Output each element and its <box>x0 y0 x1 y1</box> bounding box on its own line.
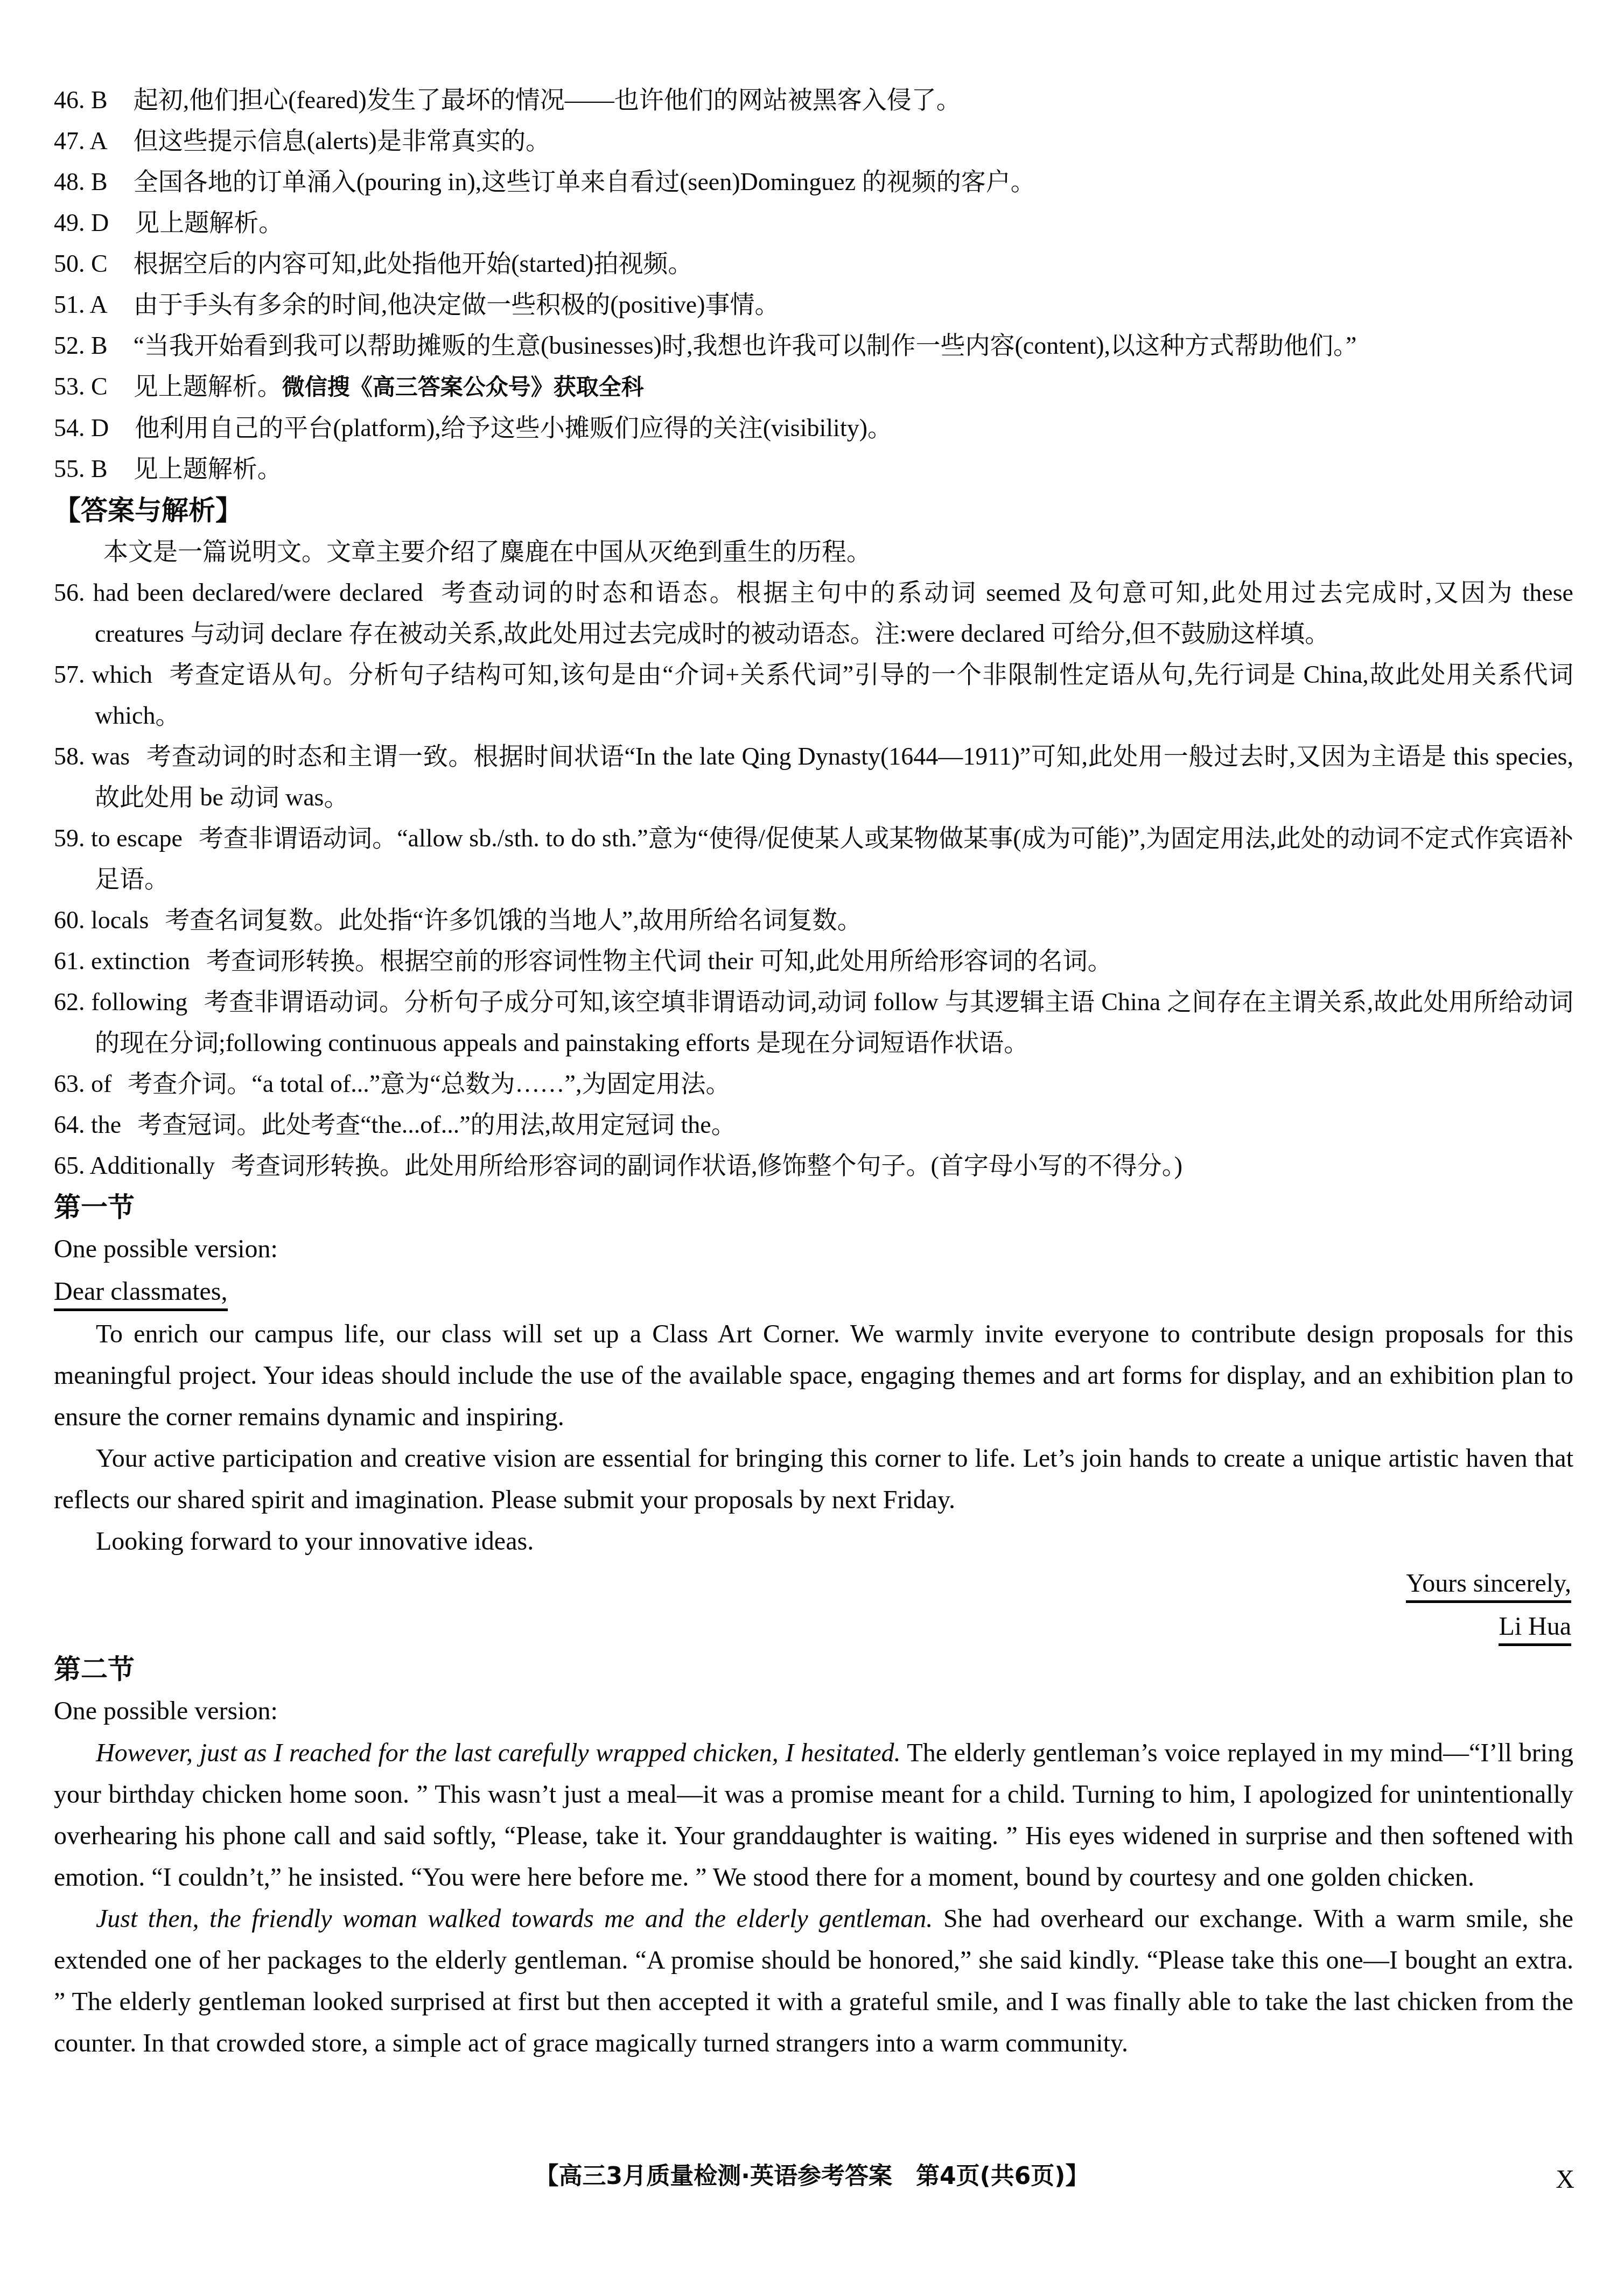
answer-item-53: 53. C见上题解析。微信搜《高三答案公众号》获取全科 <box>54 366 1573 408</box>
answer-item-58: 58. was考查动词的时态和主谓一致。根据时间状语“In the late Q… <box>54 736 1573 818</box>
signature-underlined-text: Li Hua <box>1499 1612 1571 1646</box>
story-paragraph-2: Just then, the friendly woman walked tow… <box>54 1898 1573 2064</box>
answer-item-54: 54. D他利用自己的平台(platform),给予这些小摊贩们应得的关注(vi… <box>54 408 1573 449</box>
letter-paragraph-2: Your active participation and creative v… <box>54 1438 1573 1521</box>
answer-number: 54. D <box>54 414 109 442</box>
answer-lead: 60. locals <box>54 906 149 934</box>
answer-number: 51. A <box>54 291 108 318</box>
answer-item-50: 50. C根据空后的内容可知,此处指他开始(started)拍视频。 <box>54 243 1573 284</box>
answer-text: 见上题解析。 <box>134 455 282 482</box>
salutation-underlined-text: Dear classmates, <box>54 1277 228 1311</box>
closing-underlined-text: Yours sincerely, <box>1406 1569 1571 1603</box>
analysis-section-heading: 【答案与解析】 <box>54 489 1573 531</box>
answer-item-48: 48. B全国各地的订单涌入(pouring in),这些订单来自看过(seen… <box>54 162 1573 202</box>
answer-lead: 56. had been declared/were declared <box>54 579 423 606</box>
answer-text: 见上题解析。 <box>135 209 283 236</box>
story-paragraph-1-opening: However, just as I reached for the last … <box>96 1739 900 1767</box>
answer-lead: 62. following <box>54 988 187 1016</box>
answer-item-52: 52. B“当我开始看到我可以帮助摊贩的生意(businesses)时,我想也许… <box>54 325 1573 366</box>
answer-number: 50. C <box>54 250 108 277</box>
answer-number: 53. C <box>54 373 108 400</box>
letter-paragraph-1: To enrich our campus life, our class wil… <box>54 1313 1573 1438</box>
answer-lead: 64. the <box>54 1111 121 1138</box>
answer-explanation: 考查介词。“a total of...”意为“总数为……”,为固定用法。 <box>128 1070 730 1097</box>
answer-explanation: 考查冠词。此处考查“the...of...”的用法,故用定冠词 the。 <box>137 1111 736 1138</box>
passage-intro: 本文是一篇说明文。文章主要介绍了麋鹿在中国从灭绝到重生的历程。 <box>54 531 1573 572</box>
answer-lead: 59. to escape <box>54 824 183 852</box>
answer-item-59: 59. to escape考查非谓语动词。“allow sb./sth. to … <box>54 818 1573 900</box>
answer-text: 起初,他们担心(feared)发生了最坏的情况——也许他们的网站被黑客入侵了。 <box>134 86 961 114</box>
answer-lead: 63. of <box>54 1070 111 1097</box>
letter-paragraph-3: Looking forward to your innovative ideas… <box>54 1521 1573 1562</box>
answer-item-57: 57. which考查定语从句。分析句子结构可知,该句是由“介词+关系代词”引导… <box>54 654 1573 736</box>
answer-explanation: 考查动词的时态和主谓一致。根据时间状语“In the late Qing Dyn… <box>95 743 1573 811</box>
answer-text: “当我开始看到我可以帮助摊贩的生意(businesses)时,我想也许我可以制作… <box>134 332 1357 359</box>
answer-text: 见上题解析。 <box>134 373 282 400</box>
letter-salutation: Dear classmates, <box>54 1270 1573 1313</box>
footer-version-mark: X <box>1556 2164 1574 2196</box>
answer-number: 48. B <box>54 168 108 195</box>
answer-number: 46. B <box>54 86 108 114</box>
answer-text: 全国各地的订单涌入(pouring in),这些订单来自看过(seen)Domi… <box>134 168 1035 195</box>
answer-item-65: 65. Additionally考查词形转换。此处用所给形容词的副词作状语,修饰… <box>54 1145 1573 1186</box>
answer-lead: 61. extinction <box>54 947 190 975</box>
answer-explanation: 考查非谓语动词。“allow sb./sth. to do sth.”意为“使得… <box>95 824 1573 893</box>
story-paragraph-2-opening: Just then, the friendly woman walked tow… <box>96 1905 933 1933</box>
answer-lead: 65. Additionally <box>54 1152 215 1179</box>
answer-explanation: 考查词形转换。此处用所给形容词的副词作状语,修饰整个句子。(首字母小写的不得分。… <box>231 1152 1182 1179</box>
answer-item-56: 56. had been declared/were declared考查动词的… <box>54 572 1573 654</box>
answer-explanation: 考查名词复数。此处指“许多饥饿的当地人”,故用所给名词复数。 <box>165 906 862 934</box>
exam-answer-key-page: 46. B起初,他们担心(feared)发生了最坏的情况——也许他们的网站被黑客… <box>0 0 1624 2296</box>
answer-explanation: 考查词形转换。根据空前的形容词性物主代词 their 可知,此处用所给形容词的名… <box>206 947 1112 975</box>
section2-heading: 第二节 <box>54 1648 1573 1690</box>
answer-number: 49. D <box>54 209 109 236</box>
answer-item-55: 55. B见上题解析。 <box>54 449 1573 489</box>
answer-number: 55. B <box>54 455 108 482</box>
wechat-ad-text: 微信搜《高三答案公众号》获取全科 <box>282 374 644 400</box>
answer-item-61: 61. extinction考查词形转换。根据空前的形容词性物主代词 their… <box>54 941 1573 982</box>
answer-text: 他利用自己的平台(platform),给予这些小摊贩们应得的关注(visibil… <box>135 414 892 442</box>
page-content: 46. B起初,他们担心(feared)发生了最坏的情况——也许他们的网站被黑客… <box>54 80 1573 2064</box>
answer-item-60: 60. locals考查名词复数。此处指“许多饥饿的当地人”,故用所给名词复数。 <box>54 900 1573 941</box>
answer-explanation: 考查定语从句。分析句子结构可知,该句是由“介词+关系代词”引导的一个非限制性定语… <box>95 661 1573 729</box>
answer-text: 根据空后的内容可知,此处指他开始(started)拍视频。 <box>134 250 693 277</box>
answer-lead: 57. which <box>54 661 152 688</box>
answer-item-62: 62. following考查非谓语动词。分析句子成分可知,该空填非谓语动词,动… <box>54 982 1573 1063</box>
section2-version-label: One possible version: <box>54 1690 1573 1732</box>
answer-explanation: 考查非谓语动词。分析句子成分可知,该空填非谓语动词,动词 follow 与其逻辑… <box>95 988 1573 1056</box>
letter-closing: Yours sincerely, <box>54 1562 1573 1605</box>
answer-number: 52. B <box>54 332 108 359</box>
answer-text: 由于手头有多余的时间,他决定做一些积极的(positive)事情。 <box>134 291 780 318</box>
answer-lead: 58. was <box>54 743 130 770</box>
answer-item-47: 47. A但这些提示信息(alerts)是非常真实的。 <box>54 121 1573 162</box>
answer-item-49: 49. D见上题解析。 <box>54 202 1573 243</box>
footer-title-page-indicator: 【高三3月质量检测·英语参考答案 第4页(共6页)】 <box>535 2162 1089 2190</box>
letter-signature: Li Hua <box>54 1605 1573 1648</box>
story-paragraph-1: However, just as I reached for the last … <box>54 1732 1573 1898</box>
answer-item-51: 51. A由于手头有多余的时间,他决定做一些积极的(positive)事情。 <box>54 284 1573 325</box>
section1-version-label: One possible version: <box>54 1228 1573 1270</box>
answer-item-64: 64. the考查冠词。此处考查“the...of...”的用法,故用定冠词 t… <box>54 1104 1573 1145</box>
answer-item-46: 46. B起初,他们担心(feared)发生了最坏的情况——也许他们的网站被黑客… <box>54 80 1573 121</box>
answer-item-63: 63. of考查介词。“a total of...”意为“总数为……”,为固定用… <box>54 1063 1573 1104</box>
section1-heading: 第一节 <box>54 1186 1573 1228</box>
answer-number: 47. A <box>54 127 108 155</box>
answer-text: 但这些提示信息(alerts)是非常真实的。 <box>134 127 550 155</box>
page-footer: 【高三3月质量检测·英语参考答案 第4页(共6页)】 X <box>0 2160 1624 2193</box>
